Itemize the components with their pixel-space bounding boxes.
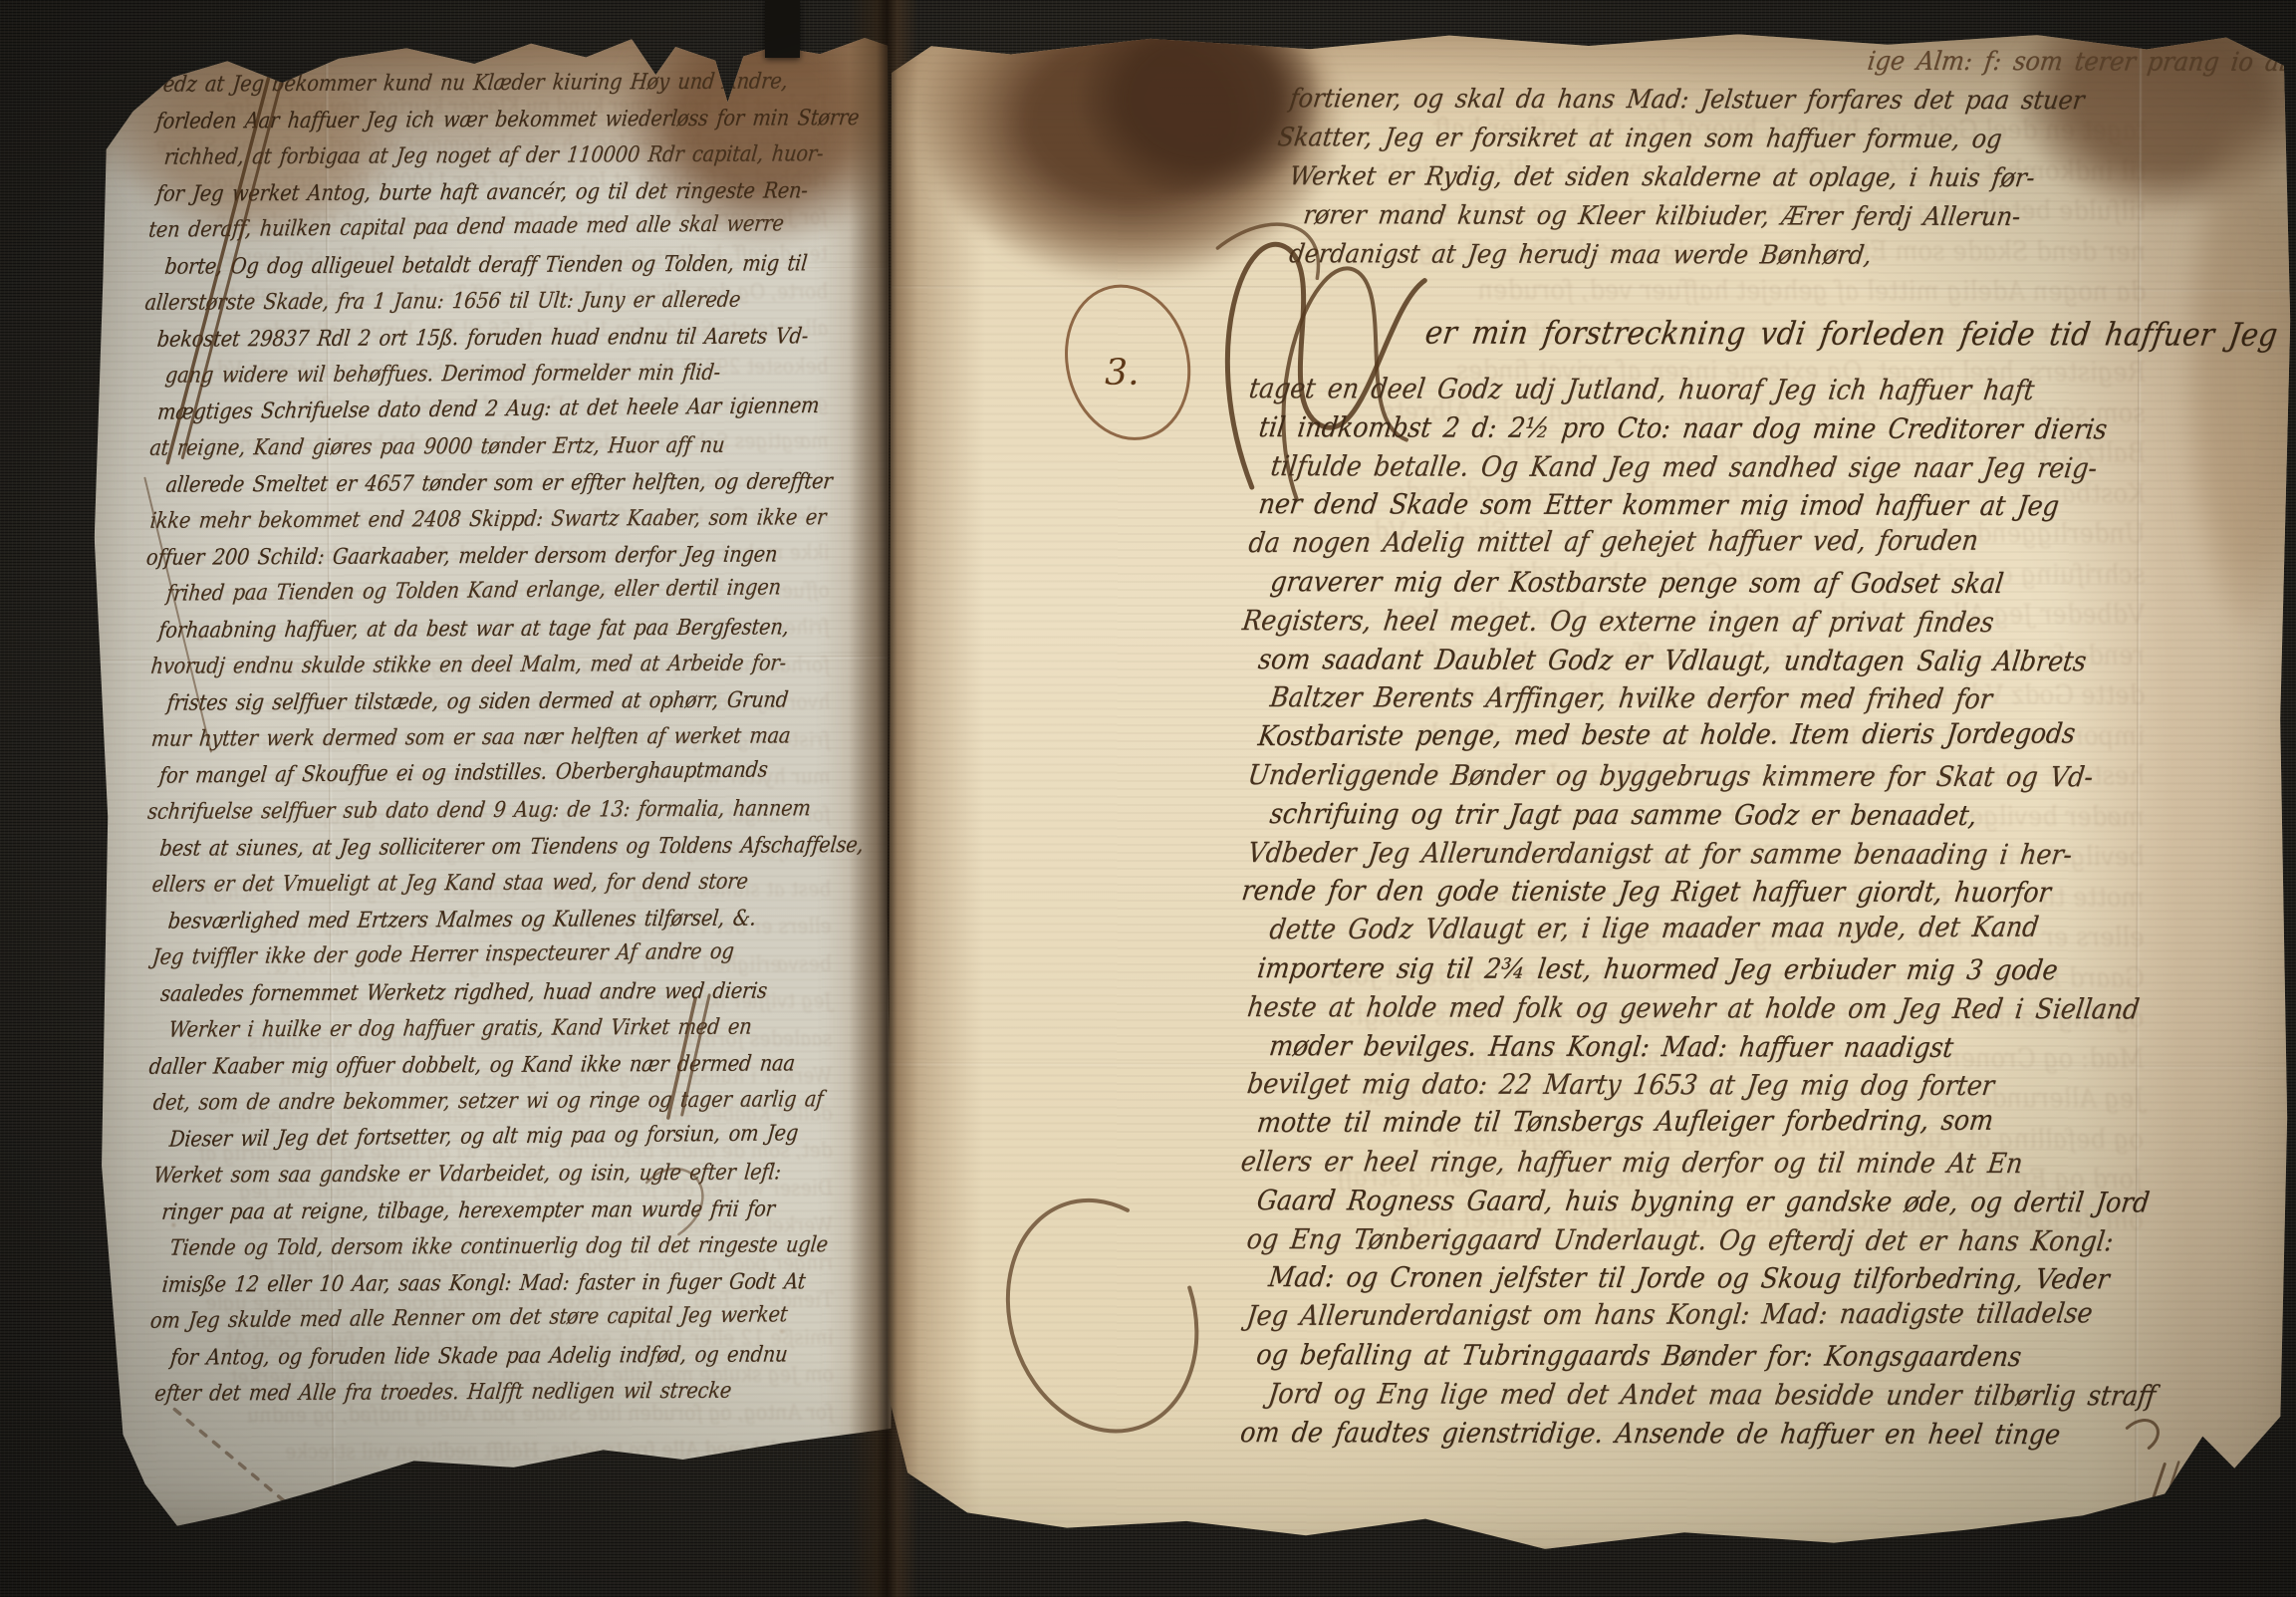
manuscript-line: ellers er heel ringe, haffuer mig derfor… [1239,1143,2195,1184]
manuscript-line: møder bevilges. Hans Kongl: Mad: haffuer… [1267,1027,2198,1068]
section-opening-line: er min forstreckning vdi forleden feide … [1421,305,2214,363]
manuscript-line: allerstørste Skade, fra 1 Janu: 1656 til… [143,282,804,322]
manuscript-line: om de faudtes gienstridige. Ansende de h… [1238,1414,2194,1455]
manuscript-line: Werket er Rydig, det siden skalderne at … [1287,157,2208,198]
left-page: Dedz at Jeg bekommer kund nu Klæder kiur… [78,16,897,1534]
manuscript-line: graverer mig der Kostbarste penge som af… [1268,563,2199,604]
section-opening: er min forstreckning vdi forleden feide … [1425,305,2296,363]
manuscript-line: Werket som saa gandske er Vdarbeidet, og… [151,1155,808,1195]
manuscript-line: fristes sig selffuer tilstæde, og siden … [165,682,808,722]
manuscript-spread: Dedz at Jeg bekommer kund nu Klæder kiur… [0,0,2296,1597]
manuscript-line: heste at holde med folk og gewehr at hol… [1245,988,2196,1029]
manuscript-line: daller Kaaber mig offuer dobbelt, og Kan… [147,1046,808,1086]
bookmark-ribbon [765,0,800,58]
right-page-text-main: taget en deel Godz udj Jutland, huoraf J… [1246,370,2296,1455]
manuscript-line: Dieser wil Jeg det fortsetter, og alt mi… [167,1116,810,1159]
manuscript-line: Tiende og Told, dersom ikke continuerlig… [168,1227,811,1267]
manuscript-line: rører mand kunst og Kleer kilbiuder, Ære… [1301,196,2209,237]
manuscript-line: rende for den gode tieniste Jeg Riget ha… [1239,872,2195,913]
manuscript-line: bevilget mig dato: 22 Marty 1653 at Jeg … [1245,1065,2196,1106]
left-page-text: Dedz at Jeg bekommer kund nu Klæder kiur… [147,64,896,1413]
manuscript-line: Jeg tviffler ikke der gode Herrer inspec… [150,933,808,976]
manuscript-line: efter det med Alle fra troedes. Halfft n… [152,1373,809,1413]
manuscript-line: for Antog, og foruden lide Skade paa Ade… [168,1337,811,1377]
manuscript-line: Werker i huilke er dog haffuer gratis, K… [166,1009,809,1049]
manuscript-line: hvorudj endnu skulde stikke en deel Malm… [149,646,806,685]
section-number: 3. [1105,352,1139,393]
manuscript-line: schrifuelse selffuer sub dato dend 9 Aug… [145,791,806,831]
manuscript-line: ikke mehr bekommet end 2408 Skippd: Swar… [148,500,805,540]
manuscript-line: Registers, heel meget. Og externe ingen … [1240,602,2196,643]
manuscript-line: Gaard Rogness Gaard, huis bygning er gan… [1254,1182,2196,1222]
manuscript-line: ringer paa at reigne, tilbage, herexempt… [159,1192,809,1231]
right-page: taget en deel Godz udj Jutland, huoraf J… [888,18,2296,1566]
manuscript-line: om Jeg skulde med alle Renner om det stø… [148,1297,809,1340]
manuscript-line: til indkombst 2 d: 2½ pro Cto: naar dog … [1256,408,2198,449]
ghost-line: efter det med Alle fra troedes. Halfft n… [151,1431,837,1471]
manuscript-line: ige Alm: f: som terer prang io ald dend … [1865,43,2255,83]
manuscript-line: importere sig til 2¾ lest, huormed Jeg e… [1255,949,2197,990]
manuscript-line: Kostbariste penge, med beste at holde. I… [1256,714,2198,756]
manuscript-line: ten deraff, huilken capital paa dend maa… [146,206,804,249]
manuscript-line: dette Godz Vdlaugt er, i lige maader maa… [1267,908,2198,949]
manuscript-line: som saadant Daublet Godz er Vdlaugt, und… [1256,641,2198,681]
manuscript-line: taget en deel Godz udj Jutland, huoraf J… [1247,370,2198,410]
manuscript-line: Dedz at Jeg bekommer kund nu Klæder kiur… [145,64,802,104]
manuscript-line: best at siunes, at Jeg solliciterer om T… [158,828,808,868]
manuscript-line: og Eng Tønberiggaard Underlaugt. Og efte… [1244,1220,2195,1261]
manuscript-line: fortiener, og skal da hans Mad: Jelstuer… [1287,80,2208,121]
manuscript-line: tilfulde betalle. Og Kand Jeg med sandhe… [1268,447,2199,488]
manuscript-line: frihed paa Tienden og Tolden Kand erlang… [164,570,807,613]
manuscript-line: for mangel af Skouffue ei og indstilles.… [157,752,807,795]
manuscript-line: allerede Smeltet er 4657 tønder som er e… [164,464,807,504]
manuscript-line: richhed, at forbigaa at Jeg noget af der… [162,136,805,176]
right-page-text-top: ige Alm: f: som terer prang io ald dend … [1289,41,2286,277]
manuscript-line: mægtiges Schrifuelse dato dend 2 Aug: at… [155,389,805,431]
manuscript-line: derdanigst at Jeg herudj maa werde Bønhø… [1287,235,2208,276]
manuscript-line: og befalling at Tubringgaards Bønder for… [1254,1336,2196,1377]
manuscript-line: da nogen Adelig mittel af gehejet haffue… [1246,521,2197,563]
manuscript-line: saaledes fornemmet Werketz rigdhed, huad… [158,973,808,1013]
manuscript-line: Skatter, Jeg er forsikret at ingen som h… [1275,119,2207,159]
manuscript-line: forhaabning haffuer, at da best war at t… [156,610,806,650]
manuscript-line: bekostet 29837 Rdl 2 ort 15ß. foruden hu… [155,319,805,359]
manuscript-line: motte til minde til Tønsbergs Aufleiger … [1255,1101,2197,1143]
manuscript-line: Vdbeder Jeg Allerunderdanigst at for sam… [1245,834,2196,875]
manuscript-line: ellers er det Vmueligt at Jeg Kand staa … [150,864,807,904]
manuscript-line: forleden Aar haffuer Jeg ich wær bekomme… [154,101,804,140]
manuscript-line: at reigne, Kand giøres paa 9000 tønder E… [147,427,804,467]
manuscript-line: schrifuing og trir Jagt paa samme Godz e… [1267,795,2198,836]
manuscript-line: borte, Og dog alligeuel betaldt deraff T… [162,246,805,286]
manuscript-line: Underliggende Bønder og byggebrugs kimme… [1246,756,2197,797]
manuscript-line: Jord og Eng lige med det Andet maa besid… [1266,1375,2197,1416]
manuscript-line: Jeg Allerunderdanigst om hans Kongl: Mad… [1244,1294,2195,1336]
